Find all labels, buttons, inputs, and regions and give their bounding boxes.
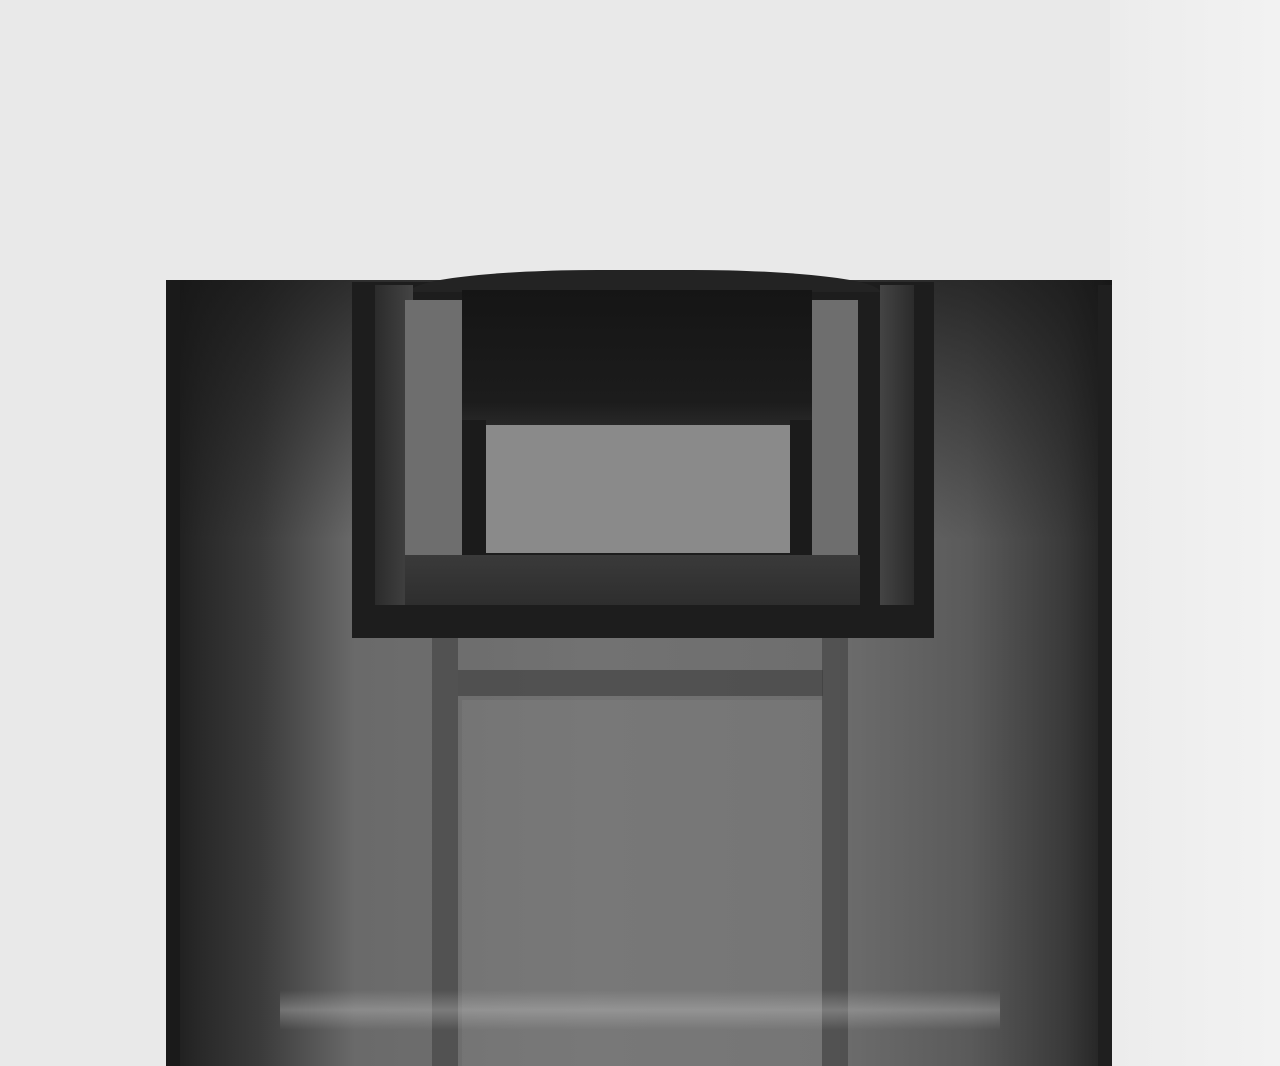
cup-wall-right: [880, 285, 914, 605]
cup-dark-region: [462, 290, 812, 430]
cup-rim: [410, 270, 880, 292]
cup-inner-left: [405, 300, 465, 555]
background-right: [1110, 0, 1280, 1066]
cup-bottom-bar: [405, 555, 860, 605]
lower-frame-crossbar: [458, 670, 823, 696]
cup-inner-right: [808, 300, 858, 555]
cup-window: [484, 425, 792, 553]
block-left-edge: [166, 280, 180, 1066]
bright-band: [280, 990, 1000, 1030]
cup-post-left: [462, 420, 486, 558]
cup-post-right: [790, 420, 812, 556]
block-right-edge: [1098, 285, 1112, 1066]
